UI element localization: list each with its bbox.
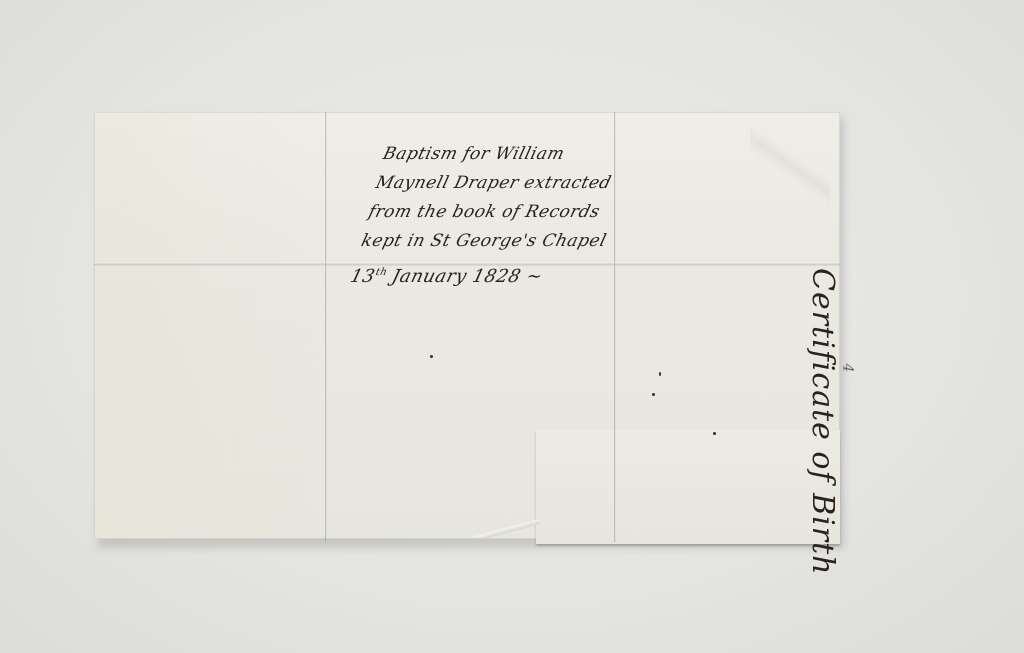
date-rest: January 1828 ~ (384, 266, 545, 287)
date-line: 13th January 1828 ~ (347, 258, 617, 291)
date-day: 13 (348, 266, 377, 287)
text-line-3: from the book of Records (365, 198, 632, 227)
ink-speck (652, 393, 655, 396)
baptism-extract-text: Baptism for William Maynell Draper extra… (349, 140, 647, 291)
text-line-2: Maynell Draper extracted (372, 169, 639, 198)
vertical-fold-left (325, 112, 327, 542)
endorsement-certificate-of-birth: Certificate of Birth (805, 268, 840, 576)
photo-background: Baptism for William Maynell Draper extra… (0, 0, 1024, 653)
ink-speck (430, 355, 433, 358)
ink-speck (659, 372, 661, 376)
right-panel-flap (536, 430, 840, 544)
faint-bleedthrough (750, 125, 830, 205)
torn-edge (470, 520, 540, 538)
docket-number: 4 (839, 364, 855, 373)
text-line-1: Baptism for William (380, 140, 647, 169)
ink-speck (713, 432, 716, 435)
left-panel-tint (94, 112, 325, 539)
text-line-4: kept in St George's Chapel (358, 227, 625, 256)
